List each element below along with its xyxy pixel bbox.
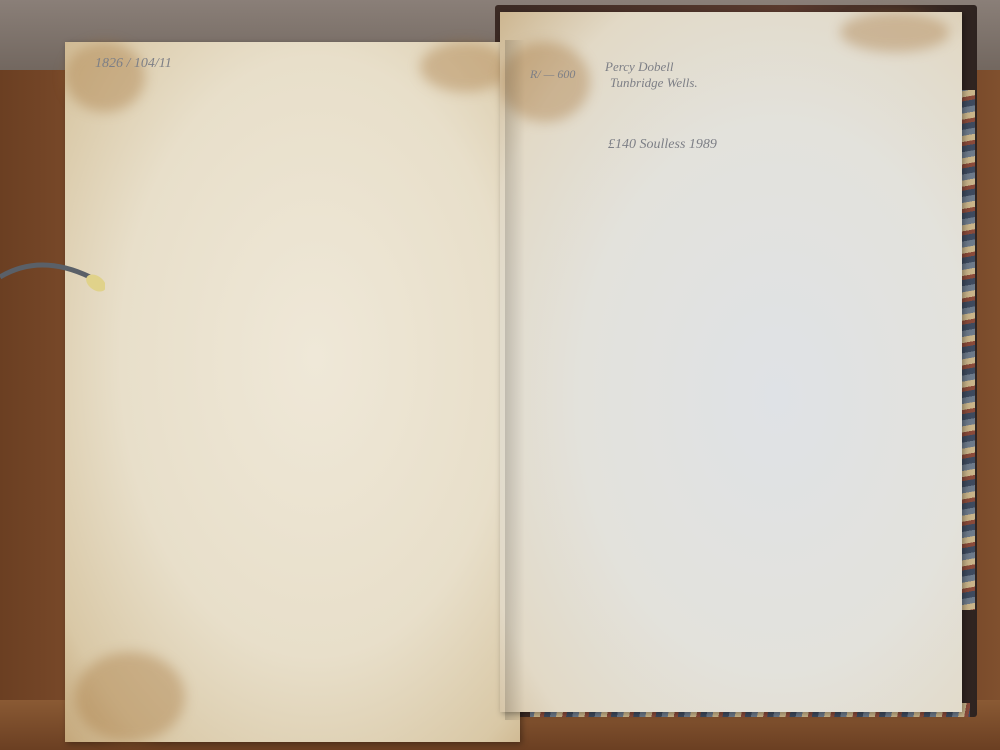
owner-name: Percy Dobell [605, 59, 673, 75]
left-endpaper: 1826 / 104/11 [65, 42, 520, 742]
pencil-fraction: R/ — 600 [530, 67, 575, 82]
corner-stain [420, 42, 510, 92]
corner-stain [75, 652, 185, 742]
corner-stain [840, 12, 950, 52]
right-endpaper: R/ — 600 Percy Dobell Tunbridge Wells. £… [500, 12, 962, 712]
corner-stain [65, 42, 145, 112]
owner-place: Tunbridge Wells. [610, 75, 698, 91]
price-note: £140 Soulless 1989 [608, 137, 717, 153]
book-gutter [505, 40, 525, 720]
cable [0, 255, 105, 295]
pencil-note-left: 1826 / 104/11 [95, 56, 172, 72]
